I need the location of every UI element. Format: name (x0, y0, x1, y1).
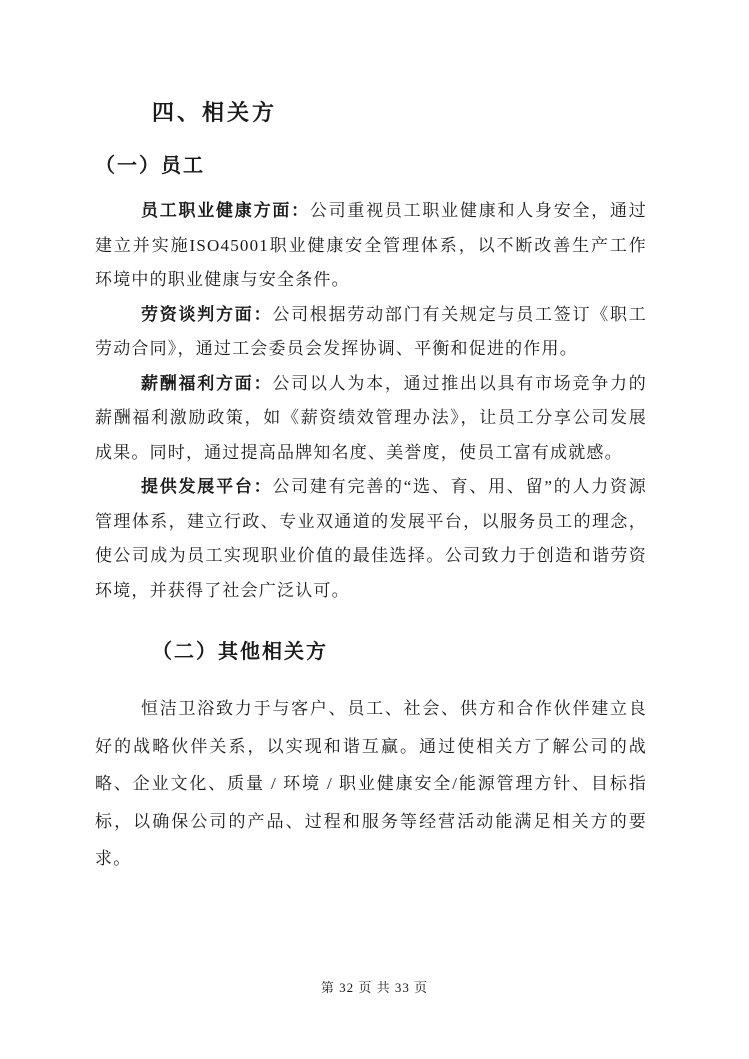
paragraph-lead: 提供发展平台： (141, 477, 272, 496)
others-paragraph: 恒洁卫浴致力于与客户、员工、社会、供方和合作伙伴建立良好的战略伙伴关系，以实现和… (95, 690, 647, 878)
paragraph-lead: 员工职业健康方面： (141, 201, 310, 220)
subsection-others-title: （二）其他相关方 (152, 640, 647, 664)
document-page: 四、相关方 （一）员工 员工职业健康方面：公司重视员工职业健康和人身安全，通过建… (0, 0, 749, 1059)
paragraph-compensation-benefits: 薪酬福利方面：公司以人为本，通过推出以具有市场竞争力的薪酬福利激励政策，如《薪资… (95, 367, 647, 471)
employees-paragraphs: 员工职业健康方面：公司重视员工职业健康和人身安全，通过建立并实施ISO45001… (95, 194, 647, 608)
subsection-employees-title: （一）员工 (95, 154, 647, 178)
paragraph-labor-negotiation: 劳资谈判方面：公司根据劳动部门有关规定与员工签订《职工劳动合同》，通过工会委员会… (95, 298, 647, 367)
paragraph-lead: 劳资谈判方面： (141, 305, 272, 324)
page-content: 四、相关方 （一）员工 员工职业健康方面：公司重视员工职业健康和人身安全，通过建… (0, 0, 749, 878)
paragraph-lead: 薪酬福利方面： (141, 374, 272, 393)
paragraph-occupational-health: 员工职业健康方面：公司重视员工职业健康和人身安全，通过建立并实施ISO45001… (95, 194, 647, 298)
paragraph-development-platform: 提供发展平台：公司建有完善的“选、育、用、留”的人力资源管理体系，建立行政、专业… (95, 470, 647, 608)
section-title: 四、相关方 (152, 0, 647, 125)
page-number-footer: 第 32 页 共 33 页 (0, 977, 749, 996)
